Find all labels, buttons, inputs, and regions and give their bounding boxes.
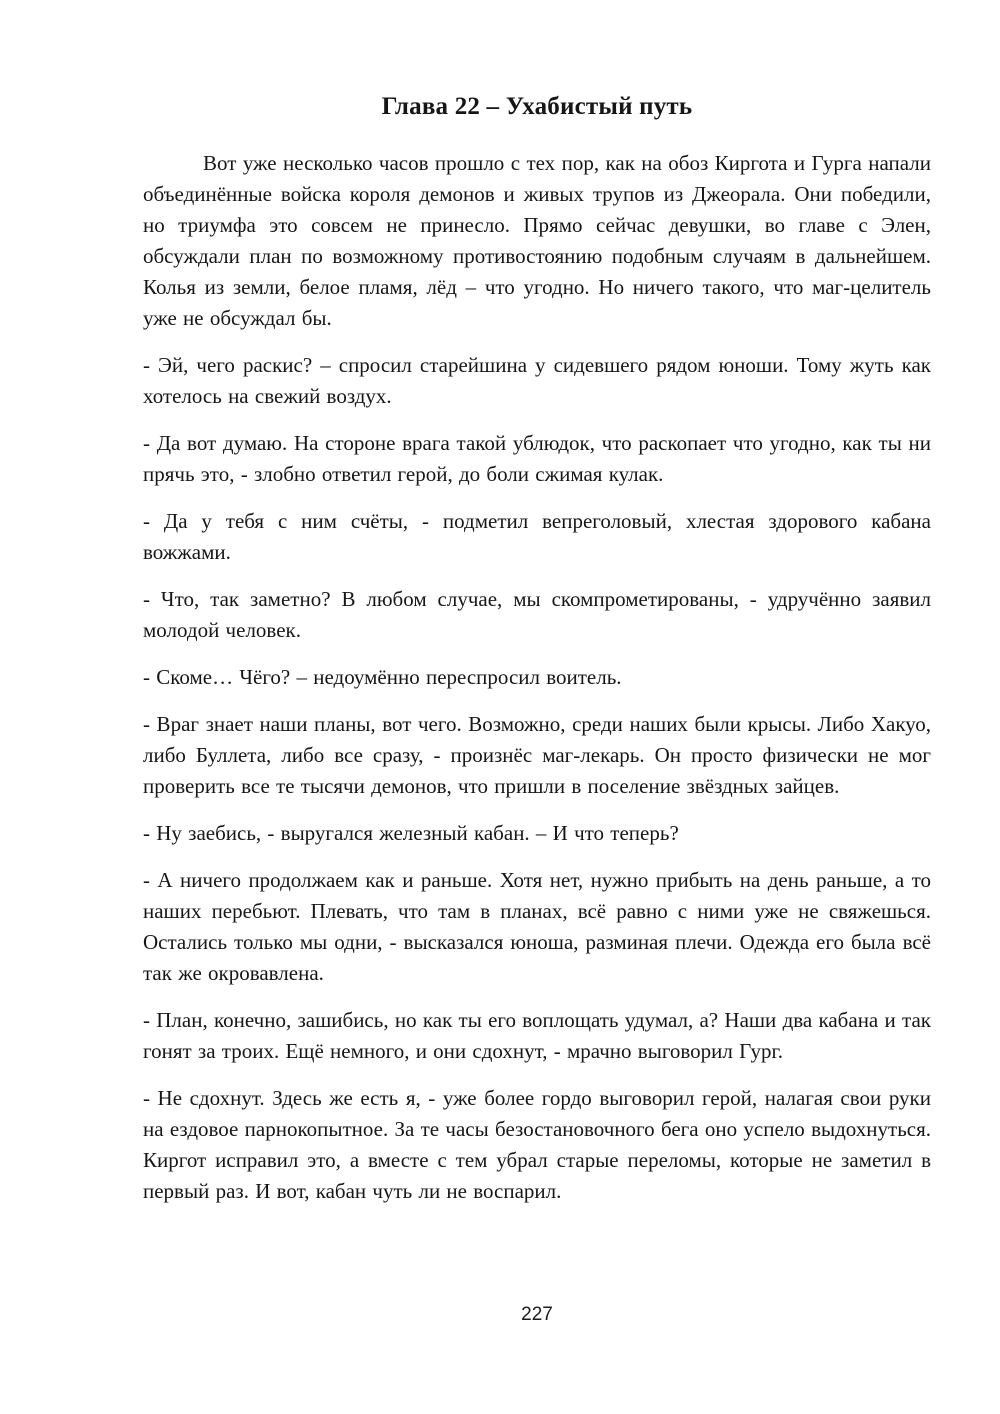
paragraph: Вот уже несколько часов прошло с тех пор…	[143, 148, 931, 334]
paragraph: - А ничего продолжаем как и раньше. Хотя…	[143, 865, 931, 989]
chapter-body: Вот уже несколько часов прошло с тех пор…	[143, 148, 931, 1207]
paragraph: - Враг знает наши планы, вот чего. Возмо…	[143, 709, 931, 802]
document-page: Глава 22 – Ухабистый путь Вот уже нескол…	[0, 0, 1000, 1414]
paragraph: - Эй, чего раскис? – спросил старейшина …	[143, 350, 931, 412]
paragraph: - Да вот думаю. На стороне врага такой у…	[143, 428, 931, 490]
paragraph: - План, конечно, зашибись, но как ты его…	[143, 1005, 931, 1067]
paragraph: - Ну заебись, - выругался железный кабан…	[143, 818, 931, 849]
text-block: Глава 22 – Ухабистый путь Вот уже нескол…	[143, 92, 931, 1223]
chapter-title: Глава 22 – Ухабистый путь	[143, 92, 931, 122]
paragraph: - Что, так заметно? В любом случае, мы с…	[143, 584, 931, 646]
paragraph: - Скоме… Чёго? – недоумённо переспросил …	[143, 662, 931, 693]
paragraph: - Не сдохнут. Здесь же есть я, - уже бол…	[143, 1083, 931, 1207]
paragraph: - Да у тебя с ним счёты, - подметил вепр…	[143, 506, 931, 568]
page-number: 227	[143, 1303, 931, 1327]
